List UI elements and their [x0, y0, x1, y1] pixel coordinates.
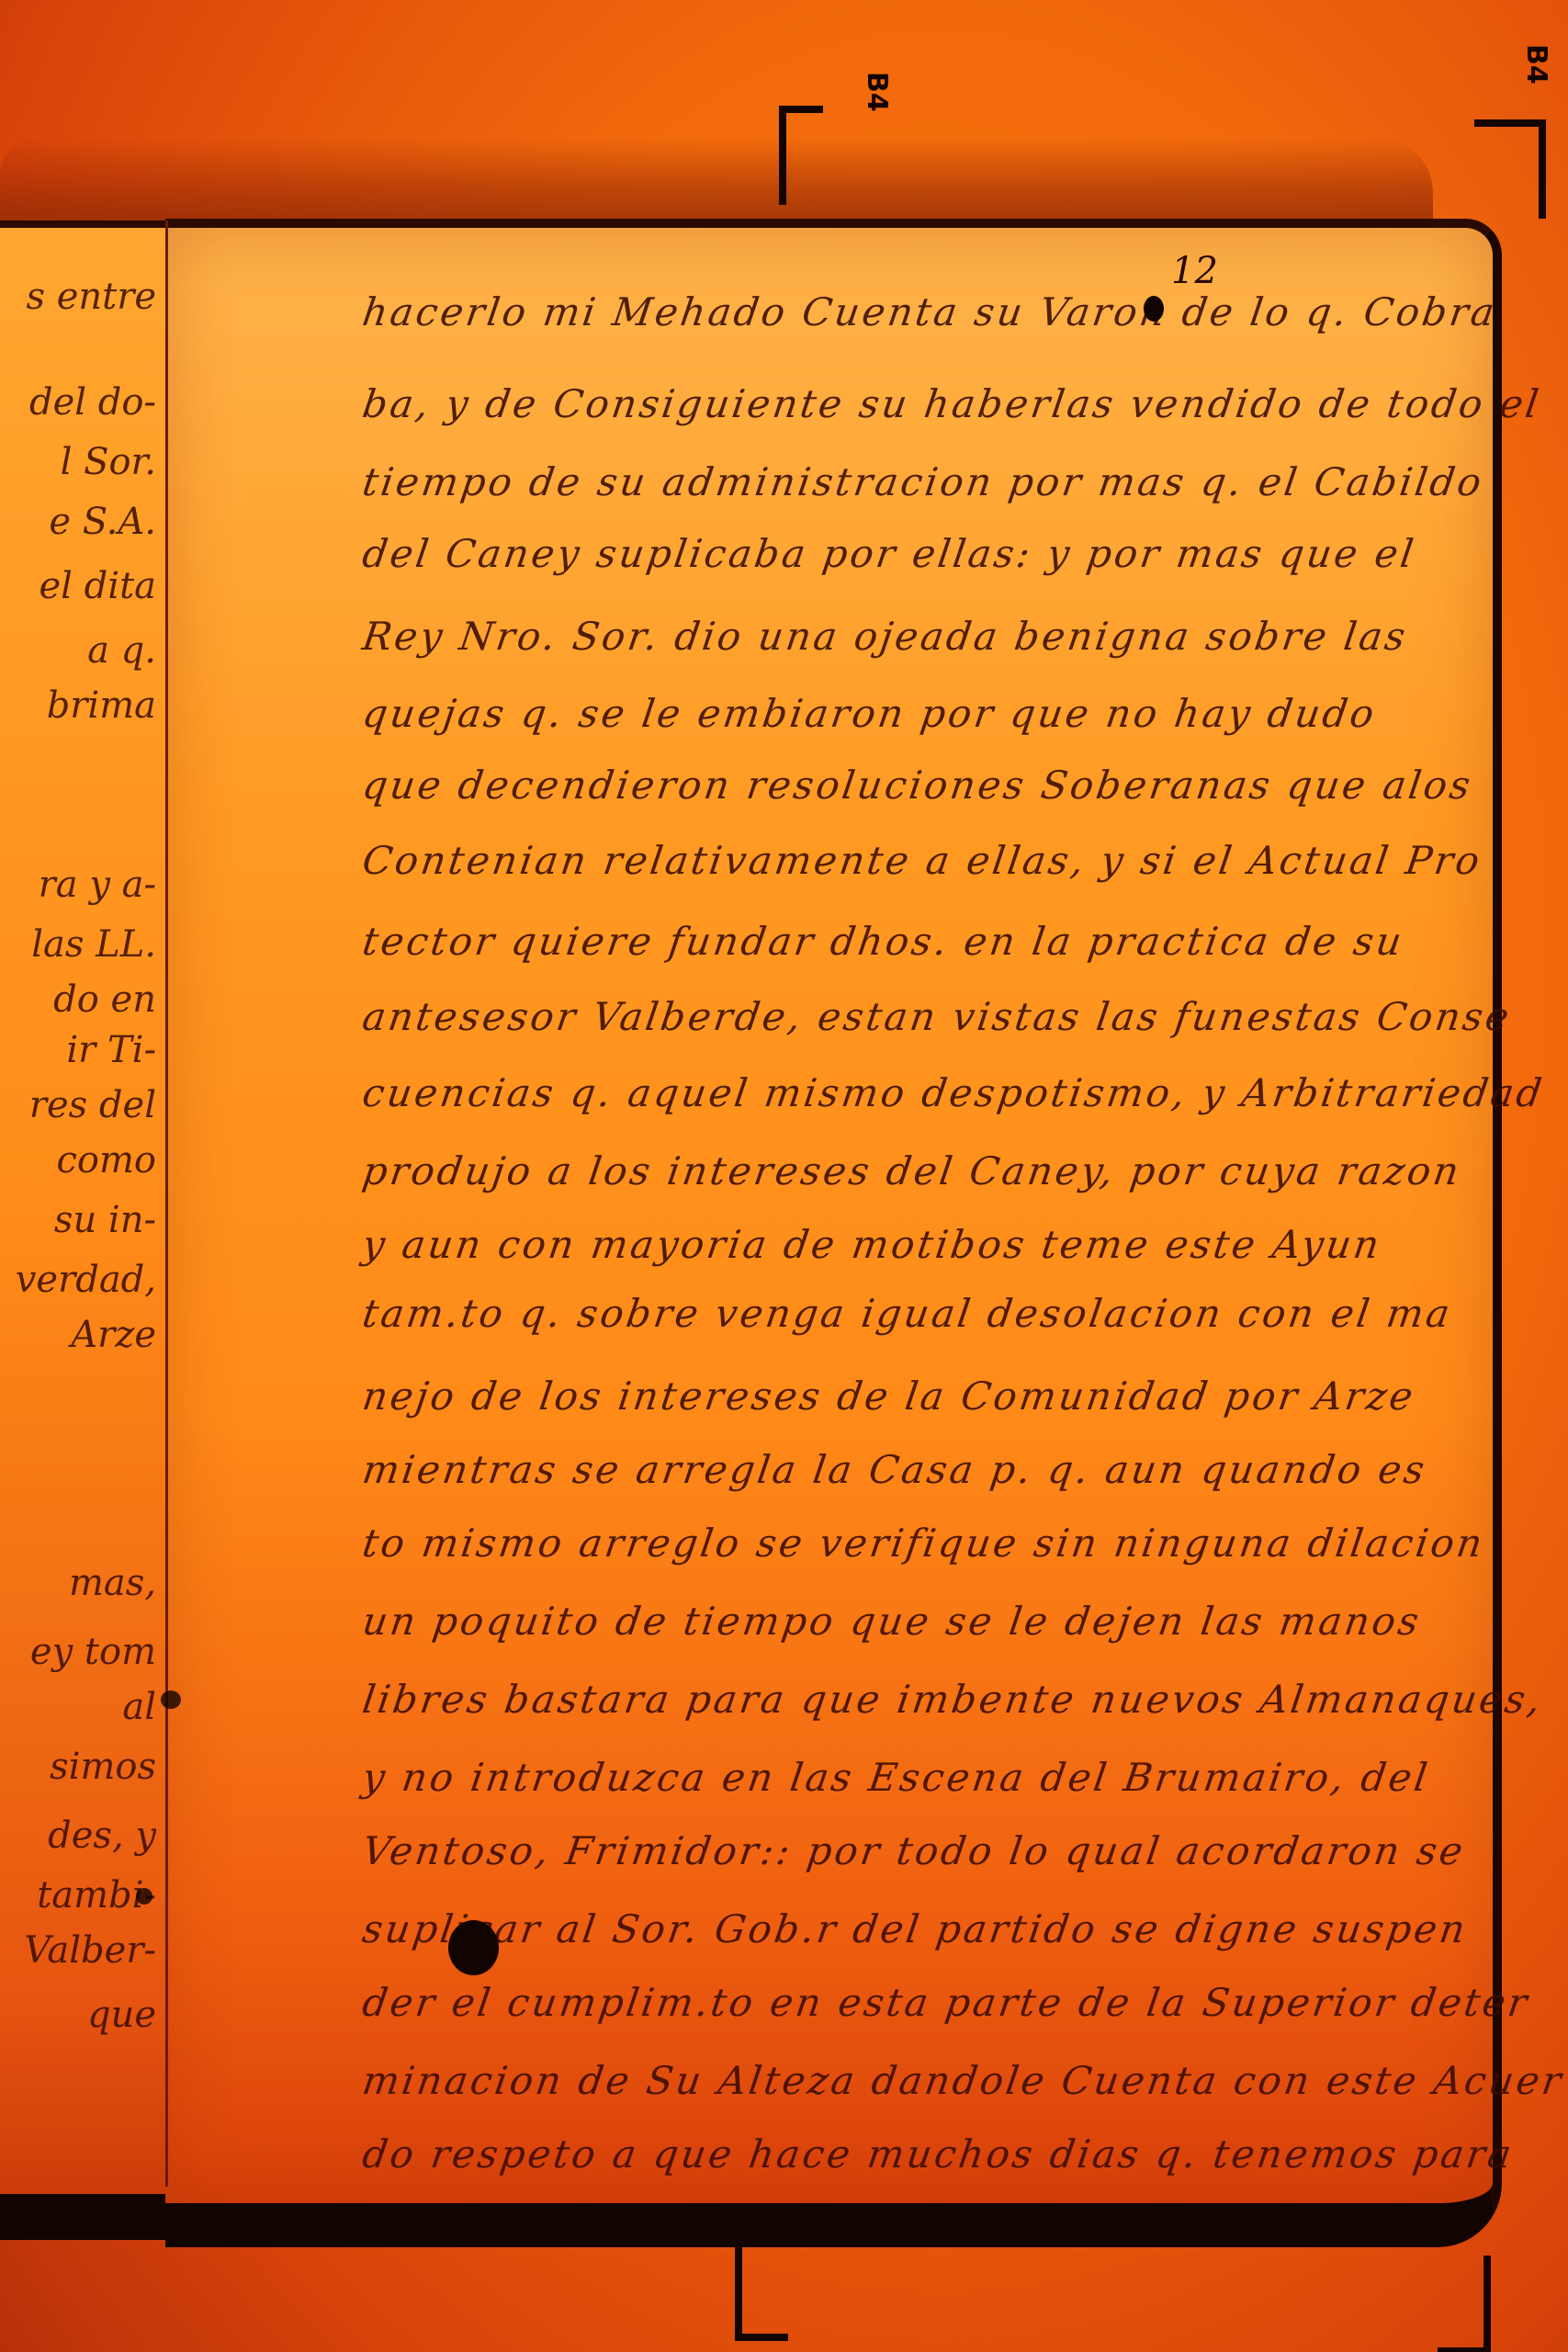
manuscript-line: cuencias q. aquel mismo despotismo, y Ar…	[360, 1070, 1469, 1115]
manuscript-line: y aun con mayoria de motibos teme este A…	[360, 1222, 1469, 1267]
left-fragment-line: del do-	[0, 381, 156, 424]
left-fragment-line: a q.	[0, 629, 156, 672]
left-fragment-line: que	[0, 1994, 156, 2036]
manuscript-line: un poquito de tiempo que se le dejen las…	[360, 1599, 1469, 1644]
left-fragment-line: res del	[0, 1084, 156, 1126]
left-fragment-line: des, y	[0, 1815, 156, 1857]
manuscript-line: que decendieron resoluciones Soberanas q…	[360, 763, 1469, 808]
manuscript-line: libres bastara para que imbente nuevos A…	[360, 1677, 1469, 1722]
manuscript-line: quejas q. se le embiaron por que no hay …	[360, 691, 1469, 736]
manuscript-line: Ventoso, Frimidor:: por todo lo qual aco…	[360, 1828, 1469, 1873]
ink-blot	[448, 1920, 499, 1975]
left-fragment-line: s entre	[0, 276, 156, 318]
crop-mark-top-right	[1474, 119, 1546, 219]
left-fragment-line: Valber-	[0, 1929, 156, 1972]
manuscript-line: Rey Nro. Sor. dio una ojeada benigna sob…	[360, 614, 1469, 659]
left-fragment-line: al	[0, 1686, 156, 1728]
left-fragment-line: Arze	[0, 1314, 156, 1356]
manuscript-line: do respeto a que hace muchos dias q. ten…	[360, 2131, 1469, 2177]
manuscript-line: der el cumplim.to en esta parte de la Su…	[360, 1980, 1469, 2025]
manuscript-line: nejo de los intereses de la Comunidad po…	[360, 1374, 1469, 1419]
crop-mark-bottom-center	[735, 2242, 788, 2341]
left-fragment-line: e S.A.	[0, 501, 156, 543]
manuscript-line: to mismo arreglo se verifique sin ningun…	[360, 1521, 1469, 1566]
manuscript-line: minacion de Su Alteza dandole Cuenta con…	[360, 2058, 1469, 2103]
manuscript-line: hacerlo mi Mehado Cuenta su Varon de lo …	[360, 289, 1469, 334]
left-fragment-line: do en	[0, 978, 156, 1021]
manuscript-line: antesesor Valberde, estan vistas las fun…	[360, 994, 1469, 1039]
left-fragment-line: simos	[0, 1746, 156, 1788]
crop-mark-top-center	[779, 106, 823, 205]
crop-label-top-center: B4	[861, 72, 893, 112]
gutter-line	[165, 220, 168, 2187]
ink-blot	[136, 1888, 152, 1905]
left-fragment-line: brima	[0, 684, 156, 727]
crop-mark-bottom-right	[1438, 2256, 1491, 2352]
left-fragment-line: tambi-	[0, 1874, 156, 1917]
manuscript-line: tector quiere fundar dhos. en la practic…	[360, 919, 1469, 964]
manuscript-line: suplicar al Sor. Gob.r del partido se di…	[360, 1906, 1469, 1951]
manuscript-line: y no introduzca en las Escena del Brumai…	[360, 1755, 1469, 1800]
left-fragment-line: verdad,	[0, 1259, 156, 1301]
manuscript-line: tam.to q. sobre venga igual desolacion c…	[360, 1291, 1469, 1336]
manuscript-line: tiempo de su administracion por mas q. e…	[360, 459, 1469, 504]
left-fragment-line: su in-	[0, 1199, 156, 1241]
manuscript-line: Contenian relativamente a ellas, y si el…	[360, 838, 1469, 883]
left-fragment-line: ir Ti-	[0, 1029, 156, 1071]
manuscript-line: ba, y de Consiguiente su haberlas vendid…	[360, 381, 1469, 426]
left-fragment-line: el dita	[0, 565, 156, 607]
crop-label-top-right: B4	[1520, 44, 1552, 85]
manuscript-line: del Caney suplicaba por ellas: y por mas…	[360, 531, 1469, 576]
manuscript-line: mientras se arregla la Casa p. q. aun qu…	[360, 1447, 1469, 1492]
manuscript-line: produjo a los intereses del Caney, por c…	[360, 1148, 1469, 1193]
left-fragment-line: las LL.	[0, 923, 156, 966]
folio-number: 12	[1171, 250, 1218, 292]
left-fragment-line: como	[0, 1139, 156, 1182]
left-fragment-line: l Sor.	[0, 441, 156, 483]
left-fragment-line: ey tom	[0, 1631, 156, 1673]
left-fragment-line: mas,	[0, 1562, 156, 1604]
left-fragment-line: ra y a-	[0, 864, 156, 906]
ink-blot	[1144, 296, 1164, 322]
ink-blot	[161, 1690, 181, 1709]
